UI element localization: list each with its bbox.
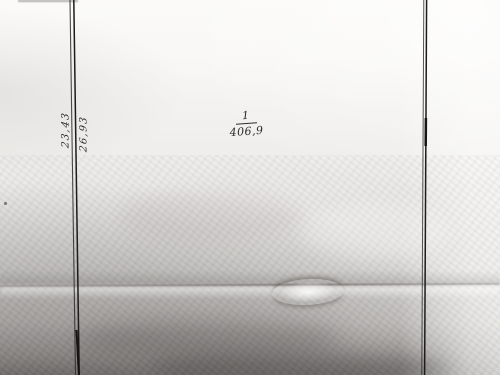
measurement-right-of-rule: 26,93	[79, 115, 90, 153]
parcel-fraction-numerator: 1	[235, 108, 257, 124]
right-double-rule-inner	[425, 0, 427, 375]
right-double-rule-outer	[422, 0, 424, 375]
scanned-map-sheet: 23,43 26,93 1 406,9	[0, 0, 500, 375]
measurement-left-of-rule: 23,43	[61, 111, 72, 149]
parcel-fraction: 1 406,9	[223, 108, 269, 140]
boundary-rules	[0, 0, 500, 375]
